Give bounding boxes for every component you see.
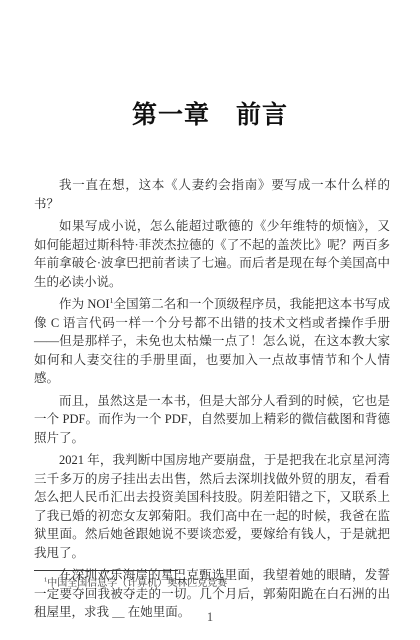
paragraph-3: 作为 NOI1全国第二名和一个顶级程序员，我能把这本书写成像 C 语言代码一样一… xyxy=(34,295,390,388)
chapter-title: 第一章 前言 xyxy=(0,95,420,131)
paragraph-2: 如果写成小说，怎么能超过歌德的《少年维特的烦恼》，又如何能超过斯科特·菲茨杰拉德… xyxy=(34,217,390,291)
paragraph-5: 2021 年，我判断中国房地产要崩盘，于是把我在北京星河湾三千多万的房子挂出去出… xyxy=(34,451,390,562)
footnote-area: 1中国全国信息学（计算机）奥林匹克竞赛 xyxy=(34,570,390,591)
paragraph-4: 而且，虽然这是一本书，但是大部分人看到的时候，它也是一个 PDF。而作为一个 P… xyxy=(34,392,390,448)
footnote-divider xyxy=(34,570,178,571)
book-page: 第一章 前言 我一直在想，这本《人妻约会指南》要写成一本什么样的书？ 如果写成小… xyxy=(0,0,420,640)
footnote: 1中国全国信息学（计算机）奥林匹克竞赛 xyxy=(34,577,390,591)
body-text: 我一直在想，这本《人妻约会指南》要写成一本什么样的书？ 如果写成小说，怎么能超过… xyxy=(34,176,390,626)
page-number: 1 xyxy=(0,610,420,625)
paragraph-1: 我一直在想，这本《人妻约会指南》要写成一本什么样的书？ xyxy=(34,176,390,213)
footnote-text: 中国全国信息学（计算机）奥林匹克竞赛 xyxy=(47,578,227,589)
paragraph-3-text-pre: 作为 NOI xyxy=(59,297,110,311)
